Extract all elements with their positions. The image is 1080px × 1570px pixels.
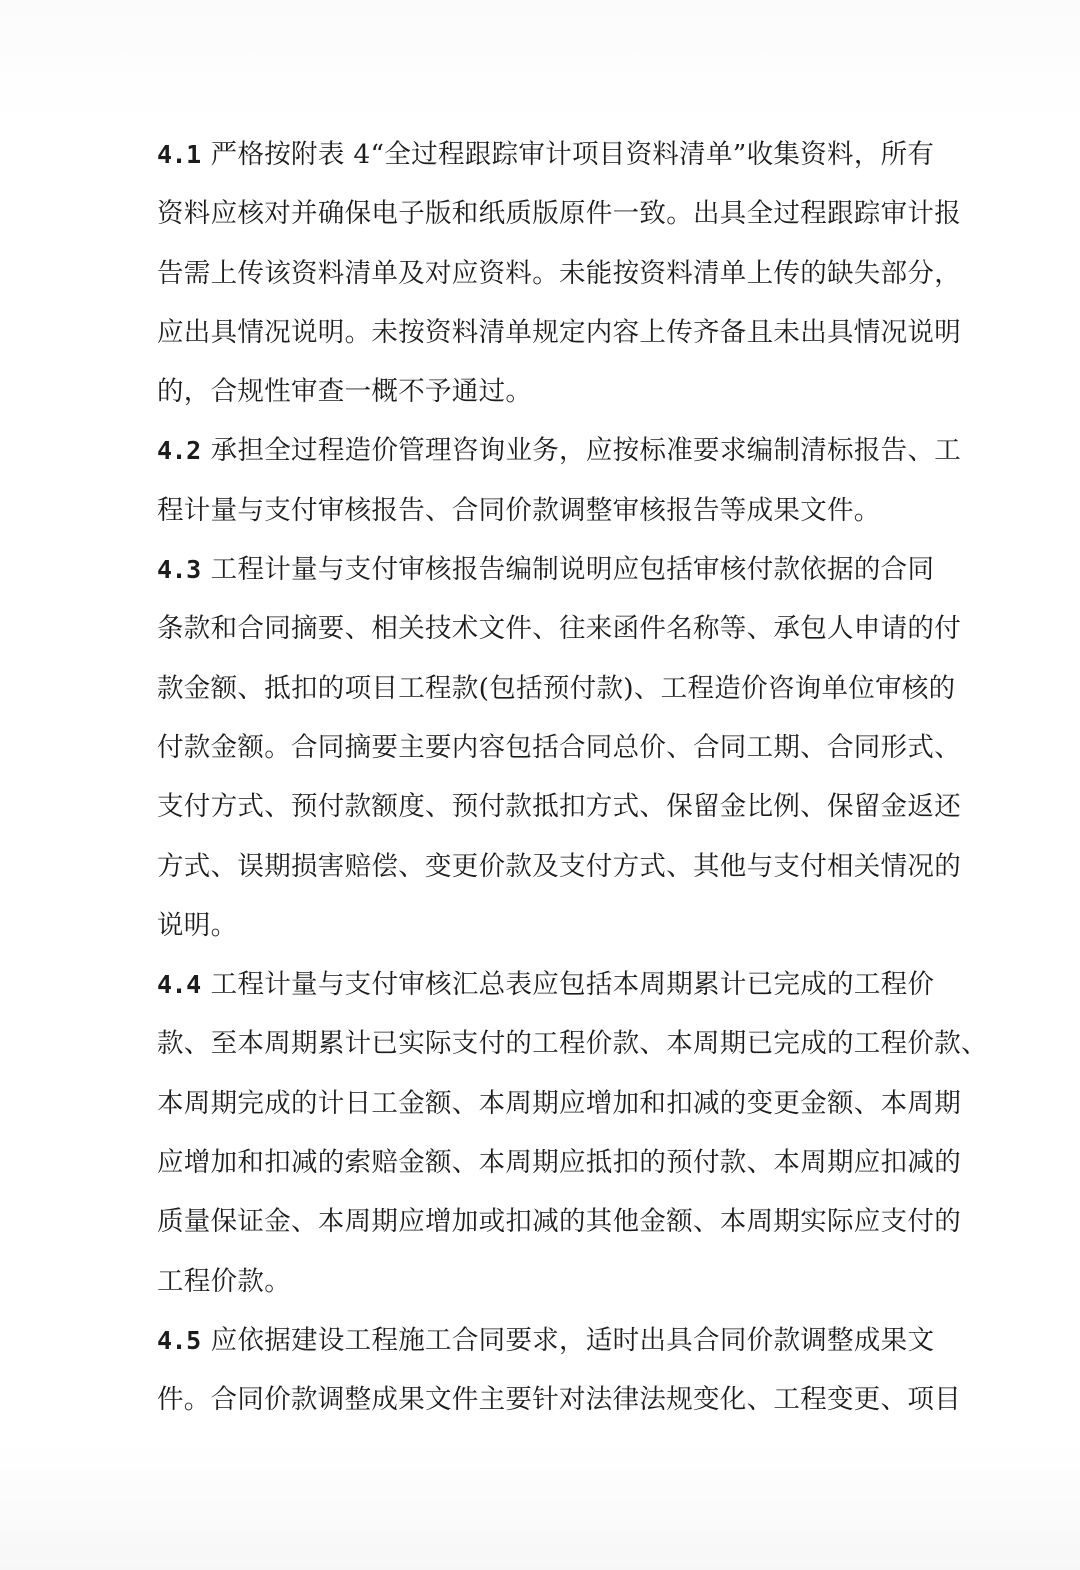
paragraph-line: 支付方式、预付款额度、预付款抵扣方式、保留金比例、保留金返还 — [157, 783, 922, 842]
line-text: 承担全过程造价管理咨询业务，应按标准要求编制清标报告、工 — [211, 435, 961, 466]
paragraph-line: 告需上传该资料清单及对应资料。未能按资料清单上传的缺失部分， — [157, 250, 922, 309]
line-text: 严格按附表 4“全过程跟踪审计项目资料清单”收集资料，所有 — [211, 139, 935, 170]
paragraph-line: 应出具情况说明。未按资料清单规定内容上传齐备且未出具情况说明 — [157, 309, 922, 368]
paragraph-line: 款、至本周期累计已实际支付的工程价款、本周期已完成的工程价款、 — [157, 1020, 922, 1079]
paragraph-line: 方式、误期损害赔偿、变更价款及支付方式、其他与支付相关情况的 — [157, 843, 922, 902]
line-text: 工程计量与支付审核报告编制说明应包括审核付款依据的合同 — [211, 554, 935, 585]
section-number: 4.2 — [157, 436, 201, 465]
paragraph-line: 条款和合同摘要、相关技术文件、往来函件名称等、承包人申请的付 — [157, 605, 922, 664]
line-text: 应依据建设工程施工合同要求，适时出具合同价款调整成果文 — [211, 1325, 935, 1356]
paragraph-line: 工程价款。 — [157, 1258, 922, 1317]
paragraph-line: 款金额、抵扣的项目工程款(包括预付款)、工程造价咨询单位审核的 — [157, 665, 922, 724]
paragraph-line: 件。合同价款调整成果文件主要针对法律法规变化、工程变更、项目 — [157, 1376, 922, 1435]
paragraph-line: 应增加和扣减的索赔金额、本周期应抵扣的预付款、本周期应扣减的 — [157, 1139, 922, 1198]
paragraph-line: 说明。 — [157, 902, 922, 961]
line-text: 工程计量与支付审核汇总表应包括本周期累计已完成的工程价 — [211, 969, 935, 1000]
paragraph-line: 4.1严格按附表 4“全过程跟踪审计项目资料清单”收集资料，所有 — [157, 131, 922, 190]
paragraph-line: 4.2承担全过程造价管理咨询业务，应按标准要求编制清标报告、工 — [157, 427, 922, 486]
paragraph-line: 质量保证金、本周期应增加或扣减的其他金额、本周期实际应支付的 — [157, 1198, 922, 1257]
paragraph-line: 资料应核对并确保电子版和纸质版原件一致。出具全过程跟踪审计报 — [157, 190, 922, 249]
paragraph-line: 的，合规性审查一概不予通过。 — [157, 368, 922, 427]
section-number: 4.1 — [157, 140, 201, 169]
paragraph-line: 程计量与支付审核报告、合同价款调整审核报告等成果文件。 — [157, 487, 922, 546]
paragraph-line: 4.4工程计量与支付审核汇总表应包括本周期累计已完成的工程价 — [157, 961, 922, 1020]
paragraph-line: 4.5应依据建设工程施工合同要求，适时出具合同价款调整成果文 — [157, 1317, 922, 1376]
paragraph-line: 本周期完成的计日工金额、本周期应增加和扣减的变更金额、本周期 — [157, 1080, 922, 1139]
document-page: 4.1严格按附表 4“全过程跟踪审计项目资料清单”收集资料，所有 资料应核对并确… — [0, 0, 1080, 1570]
paragraph-line: 付款金额。合同摘要主要内容包括合同总价、合同工期、合同形式、 — [157, 724, 922, 783]
section-number: 4.5 — [157, 1326, 201, 1355]
document-body: 4.1严格按附表 4“全过程跟踪审计项目资料清单”收集资料，所有 资料应核对并确… — [157, 131, 922, 1436]
section-number: 4.4 — [157, 970, 201, 999]
section-number: 4.3 — [157, 555, 201, 584]
paragraph-line: 4.3工程计量与支付审核报告编制说明应包括审核付款依据的合同 — [157, 546, 922, 605]
